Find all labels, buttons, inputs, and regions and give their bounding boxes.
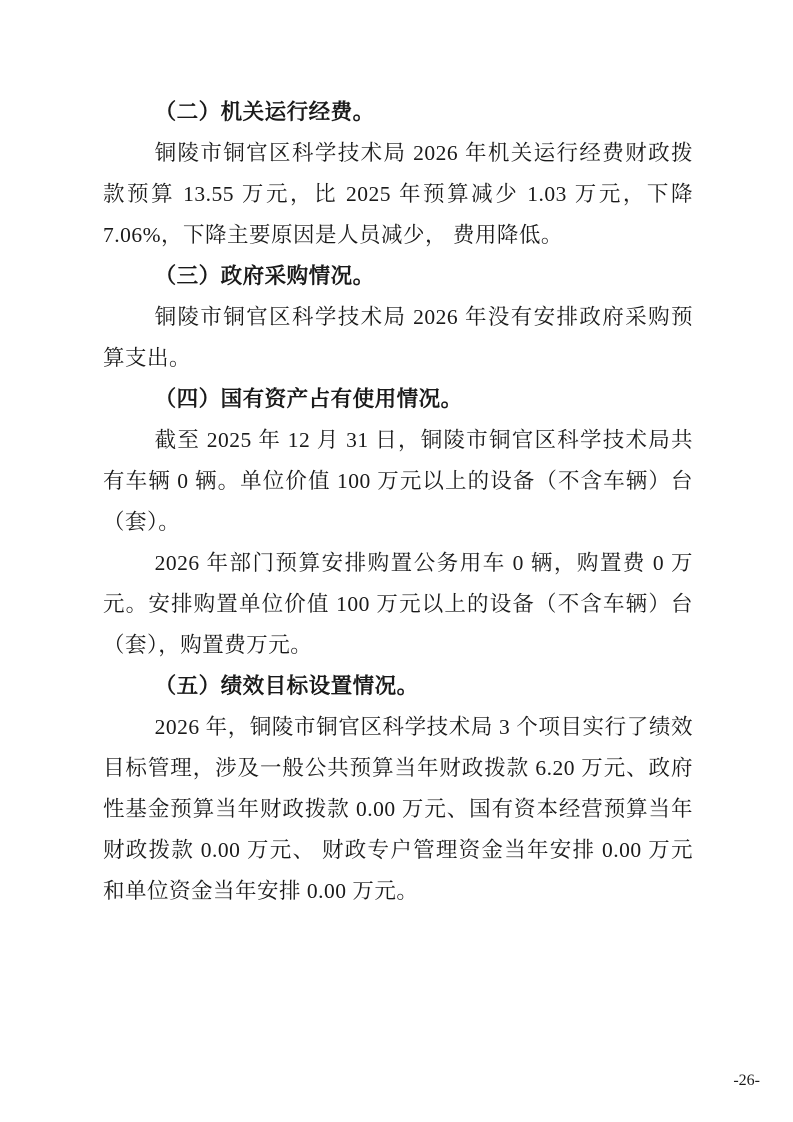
section-heading-state-owned-assets: （四）国有资产占有使用情况。: [103, 379, 693, 420]
paragraph-performance-targets: 2026 年，铜陵市铜官区科学技术局 3 个项目实行了绩效目标管理，涉及一般公共…: [103, 707, 693, 912]
paragraph-budgeted-purchases: 2026 年部门预算安排购置公务用车 0 辆，购置费 0 万元。安排购置单位价值…: [103, 543, 693, 666]
paragraph-assets-vehicles: 截至 2025 年 12 月 31 日，铜陵市铜官区科学技术局共有车辆 0 辆。…: [103, 420, 693, 543]
document-body: （二）机关运行经费。 铜陵市铜官区科学技术局 2026 年机关运行经费财政拨款预…: [103, 92, 693, 912]
paragraph-government-procurement: 铜陵市铜官区科学技术局 2026 年没有安排政府采购预算支出。: [103, 297, 693, 379]
paragraph-agency-operating-costs: 铜陵市铜官区科学技术局 2026 年机关运行经费财政拨款预算 13.55 万元，…: [103, 133, 693, 256]
document-page: （二）机关运行经费。 铜陵市铜官区科学技术局 2026 年机关运行经费财政拨款预…: [0, 0, 793, 1122]
section-heading-government-procurement: （三）政府采购情况。: [103, 256, 693, 297]
page-number: -26-: [733, 1072, 760, 1090]
section-heading-performance-targets: （五）绩效目标设置情况。: [103, 666, 693, 707]
section-heading-agency-operating-costs: （二）机关运行经费。: [103, 92, 693, 133]
